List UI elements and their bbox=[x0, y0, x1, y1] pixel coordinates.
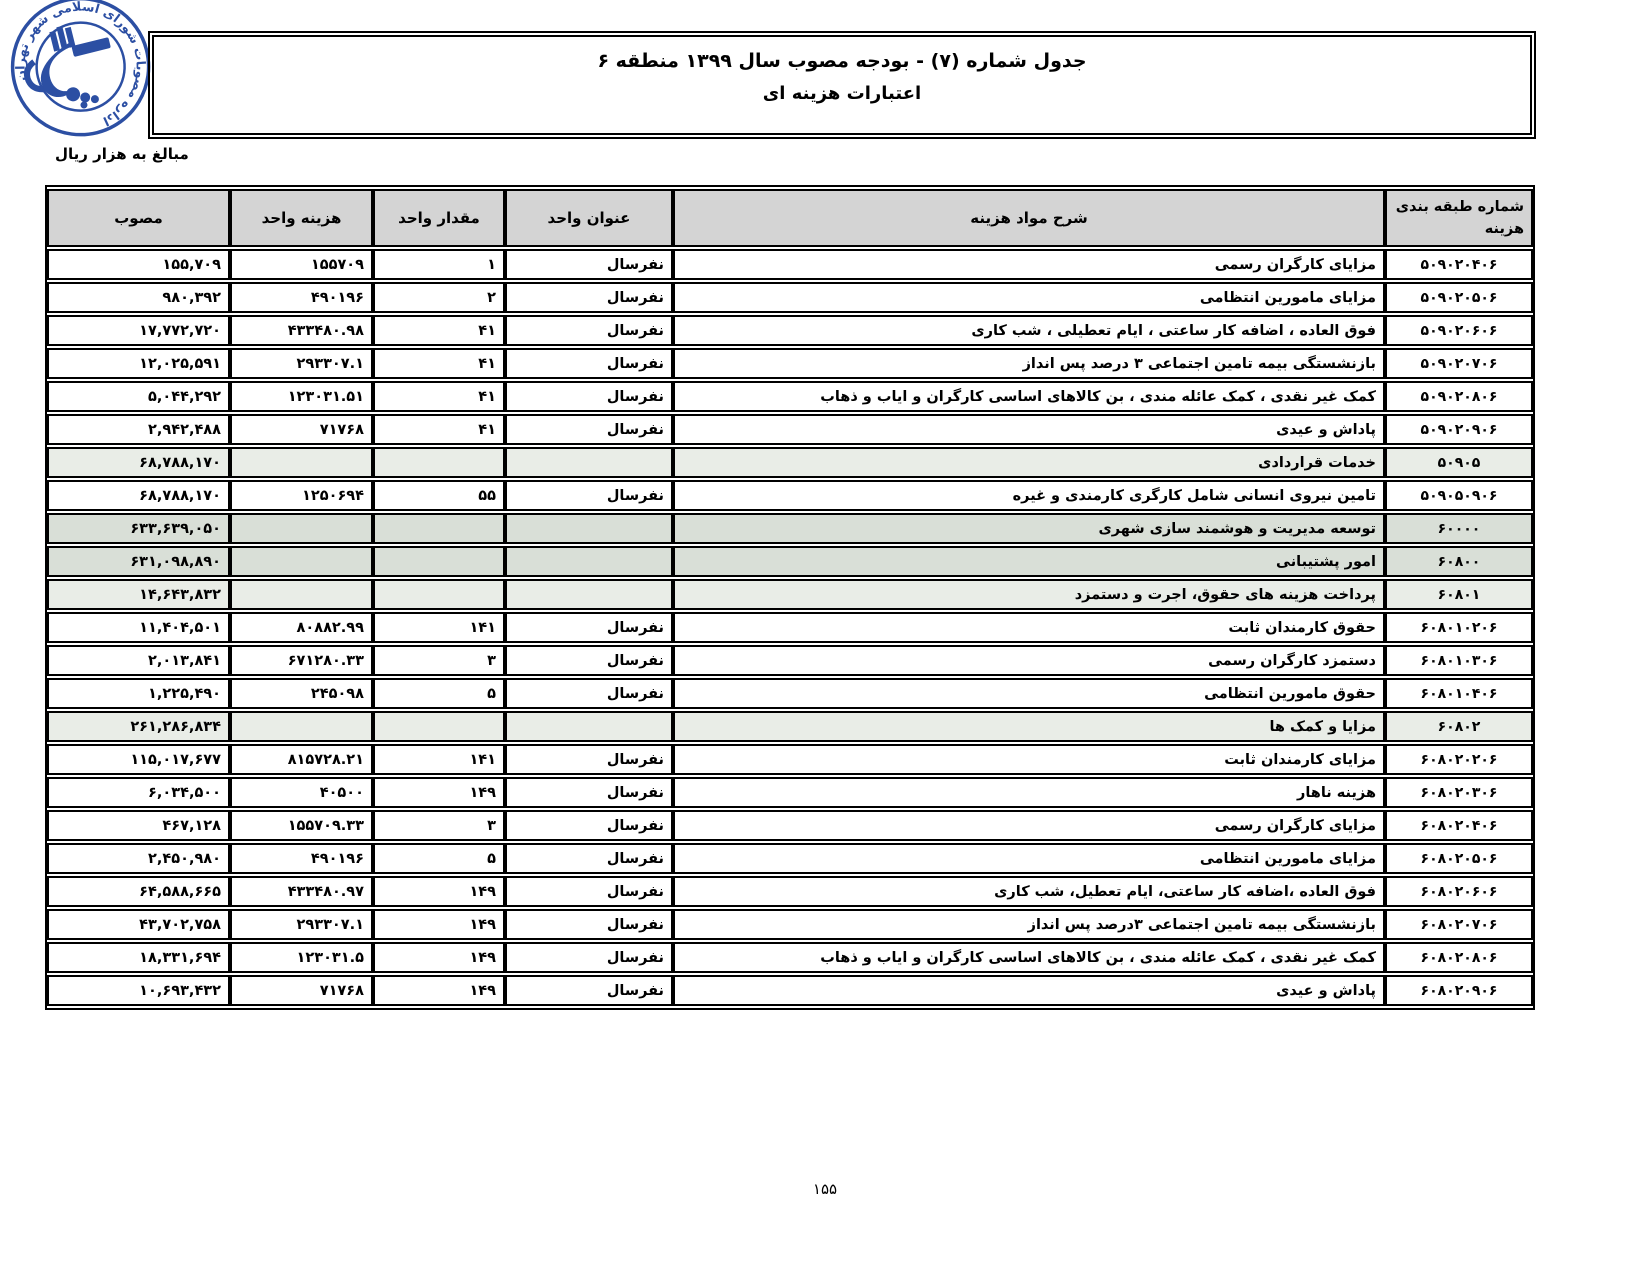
code-cell: ۶۰۸۰۲۰۳۰۶ bbox=[1385, 777, 1533, 808]
unit-title-cell: نفرسال bbox=[505, 480, 673, 511]
unit-title-cell: نفرسال bbox=[505, 348, 673, 379]
unit-title-cell: نفرسال bbox=[505, 249, 673, 280]
unit-title-cell: نفرسال bbox=[505, 678, 673, 709]
unit-cost-cell: ۲۹۳۳۰۷.۱ bbox=[230, 348, 373, 379]
unit-cost-cell: ۴۳۳۴۸۰.۹۸ bbox=[230, 315, 373, 346]
col-header-code-line2: هزینه bbox=[1394, 218, 1524, 240]
description-cell: مزایای کارگران رسمی bbox=[673, 249, 1385, 280]
approved-cell: ۶۸,۷۸۸,۱۷۰ bbox=[47, 447, 230, 478]
unit-cost-cell: ۸۱۵۷۲۸.۲۱ bbox=[230, 744, 373, 775]
code-cell: ۶۰۸۰۱۰۴۰۶ bbox=[1385, 678, 1533, 709]
description-cell: توسعه مدیریت و هوشمند سازی شهری bbox=[673, 513, 1385, 544]
approved-cell: ۵,۰۴۴,۲۹۲ bbox=[47, 381, 230, 412]
description-cell: حقوق مامورین انتظامی bbox=[673, 678, 1385, 709]
code-cell: ۶۰۸۰۲۰۶۰۶ bbox=[1385, 876, 1533, 907]
description-cell: فوق العاده ، اضافه کار ساعتی ، ایام تعطی… bbox=[673, 315, 1385, 346]
code-cell: ۶۰۸۰۱۰۲۰۶ bbox=[1385, 612, 1533, 643]
unit-title-cell: نفرسال bbox=[505, 810, 673, 841]
approved-cell: ۲,۴۵۰,۹۸۰ bbox=[47, 843, 230, 874]
description-cell: بازنشستگی بیمه تامین اجتماعی ۳درصد پس ان… bbox=[673, 909, 1385, 940]
approved-cell: ۱۱۵,۰۱۷,۶۷۷ bbox=[47, 744, 230, 775]
unit-qty-cell: ۴۱ bbox=[373, 381, 505, 412]
description-cell: خدمات قراردادی bbox=[673, 447, 1385, 478]
table-row: ۶۰۰۰۰ توسعه مدیریت و هوشمند سازی شهری ۶۳… bbox=[47, 513, 1533, 544]
table-row: ۶۰۸۰۲۰۸۰۶ کمک غیر نقدی ، کمک عائله مندی … bbox=[47, 942, 1533, 973]
code-cell: ۶۰۸۰۲۰۹۰۶ bbox=[1385, 975, 1533, 1006]
table-row: ۶۰۸۰۲۰۶۰۶ فوق العاده ،اضافه کار ساعتی، ا… bbox=[47, 876, 1533, 907]
unit-cost-cell bbox=[230, 447, 373, 478]
unit-qty-cell: ۴۱ bbox=[373, 348, 505, 379]
amounts-unit-note: مبالغ به هزار ریال bbox=[55, 145, 189, 163]
unit-cost-cell: ۴۳۳۴۸۰.۹۷ bbox=[230, 876, 373, 907]
unit-cost-cell: ۱۲۳۰۳۱.۵ bbox=[230, 942, 373, 973]
col-header-unit-title: عنوان واحد bbox=[505, 189, 673, 247]
unit-qty-cell: ۵ bbox=[373, 678, 505, 709]
unit-cost-cell: ۴۹۰۱۹۶ bbox=[230, 843, 373, 874]
table-row: ۵۰۹۰۵۰۹۰۶ تامین نیروی انسانی شامل کارگری… bbox=[47, 480, 1533, 511]
approved-cell: ۱,۲۲۵,۴۹۰ bbox=[47, 678, 230, 709]
unit-qty-cell: ۴۱ bbox=[373, 315, 505, 346]
approved-cell: ۲,۹۴۲,۴۸۸ bbox=[47, 414, 230, 445]
unit-cost-cell: ۱۲۵۰۶۹۴ bbox=[230, 480, 373, 511]
approved-cell: ۶۴,۵۸۸,۶۶۵ bbox=[47, 876, 230, 907]
table-row: ۶۰۸۰۲۰۹۰۶ پاداش و عیدی نفرسال ۱۴۹ ۷۱۷۶۸ … bbox=[47, 975, 1533, 1006]
description-cell: مزایای مامورین انتظامی bbox=[673, 282, 1385, 313]
unit-title-cell bbox=[505, 579, 673, 610]
table-row: ۶۰۸۰۲۰۳۰۶ هزینه ناهار نفرسال ۱۴۹ ۴۰۵۰۰ ۶… bbox=[47, 777, 1533, 808]
unit-title-cell: نفرسال bbox=[505, 414, 673, 445]
budget-table-header: شماره طبقه بندی هزینه شرح مواد هزینه عنو… bbox=[47, 189, 1533, 247]
unit-cost-cell: ۲۴۵۰۹۸ bbox=[230, 678, 373, 709]
unit-cost-cell: ۲۹۳۳۰۷.۱ bbox=[230, 909, 373, 940]
col-header-description: شرح مواد هزینه bbox=[673, 189, 1385, 247]
budget-table-body: ۵۰۹۰۲۰۴۰۶ مزایای کارگران رسمی نفرسال ۱ ۱… bbox=[47, 249, 1533, 1006]
table-row: ۵۰۹۰۲۰۹۰۶ پاداش و عیدی نفرسال ۴۱ ۷۱۷۶۸ ۲… bbox=[47, 414, 1533, 445]
approved-cell: ۱۰,۶۹۳,۴۳۲ bbox=[47, 975, 230, 1006]
table-row: ۵۰۹۰۲۰۶۰۶ فوق العاده ، اضافه کار ساعتی ،… bbox=[47, 315, 1533, 346]
col-header-unit-qty: مقدار واحد bbox=[373, 189, 505, 247]
unit-qty-cell: ۵ bbox=[373, 843, 505, 874]
approved-cell: ۲,۰۱۳,۸۴۱ bbox=[47, 645, 230, 676]
unit-cost-cell: ۱۲۳۰۳۱.۵۱ bbox=[230, 381, 373, 412]
unit-qty-cell: ۴۱ bbox=[373, 414, 505, 445]
approved-cell: ۱۷,۷۷۲,۷۲۰ bbox=[47, 315, 230, 346]
description-cell: مزایای کارگران رسمی bbox=[673, 810, 1385, 841]
unit-qty-cell: ۱۴۹ bbox=[373, 942, 505, 973]
header-row: شماره طبقه بندی هزینه شرح مواد هزینه عنو… bbox=[47, 189, 1533, 247]
table-row: ۶۰۸۰۱ پرداخت هزینه های حقوق، اجرت و دستم… bbox=[47, 579, 1533, 610]
code-cell: ۵۰۹۰۲۰۵۰۶ bbox=[1385, 282, 1533, 313]
page-subtitle: اعتبارات هزینه ای bbox=[154, 83, 1530, 104]
title-box: جدول شماره (۷) - بودجه مصوب سال ۱۳۹۹ منط… bbox=[148, 31, 1536, 139]
unit-title-cell: نفرسال bbox=[505, 645, 673, 676]
description-cell: کمک غیر نقدی ، کمک عائله مندی ، بن کالاه… bbox=[673, 381, 1385, 412]
table-row: ۶۰۸۰۰ امور پشتیبانی ۶۳۱,۰۹۸,۸۹۰ bbox=[47, 546, 1533, 577]
code-cell: ۶۰۸۰۲ bbox=[1385, 711, 1533, 742]
description-cell: پاداش و عیدی bbox=[673, 975, 1385, 1006]
code-cell: ۵۰۹۰۵۰۹۰۶ bbox=[1385, 480, 1533, 511]
code-cell: ۶۰۸۰۲۰۲۰۶ bbox=[1385, 744, 1533, 775]
description-cell: تامین نیروی انسانی شامل کارگری کارمندی و… bbox=[673, 480, 1385, 511]
description-cell: فوق العاده ،اضافه کار ساعتی، ایام تعطیل،… bbox=[673, 876, 1385, 907]
unit-qty-cell: ۱۴۹ bbox=[373, 777, 505, 808]
table-row: ۵۰۹۰۵ خدمات قراردادی ۶۸,۷۸۸,۱۷۰ bbox=[47, 447, 1533, 478]
table-row: ۶۰۸۰۱۰۳۰۶ دستمزد کارگران رسمی نفرسال ۳ ۶… bbox=[47, 645, 1533, 676]
unit-cost-cell: ۴۰۵۰۰ bbox=[230, 777, 373, 808]
code-cell: ۶۰۸۰۲۰۸۰۶ bbox=[1385, 942, 1533, 973]
description-cell: کمک غیر نقدی ، کمک عائله مندی ، بن کالاه… bbox=[673, 942, 1385, 973]
code-cell: ۵۰۹۰۲۰۶۰۶ bbox=[1385, 315, 1533, 346]
unit-cost-cell bbox=[230, 513, 373, 544]
description-cell: هزینه ناهار bbox=[673, 777, 1385, 808]
unit-cost-cell bbox=[230, 546, 373, 577]
unit-title-cell bbox=[505, 546, 673, 577]
description-cell: مزایای کارمندان ثابت bbox=[673, 744, 1385, 775]
unit-cost-cell: ۱۵۵۷۰۹ bbox=[230, 249, 373, 280]
approved-cell: ۴۳,۷۰۲,۷۵۸ bbox=[47, 909, 230, 940]
document-page: اداره مصوبات شورای اسلامی شهر تهران جدول… bbox=[0, 0, 1650, 1275]
code-cell: ۶۰۸۰۲۰۷۰۶ bbox=[1385, 909, 1533, 940]
approved-cell: ۶۳۱,۰۹۸,۸۹۰ bbox=[47, 546, 230, 577]
unit-cost-cell bbox=[230, 579, 373, 610]
approved-cell: ۶۸,۷۸۸,۱۷۰ bbox=[47, 480, 230, 511]
unit-qty-cell: ۱ bbox=[373, 249, 505, 280]
unit-cost-cell: ۱۵۵۷۰۹.۳۳ bbox=[230, 810, 373, 841]
code-cell: ۶۰۸۰۱ bbox=[1385, 579, 1533, 610]
code-cell: ۶۰۸۰۲۰۴۰۶ bbox=[1385, 810, 1533, 841]
approved-cell: ۶۳۳,۶۳۹,۰۵۰ bbox=[47, 513, 230, 544]
budget-table: شماره طبقه بندی هزینه شرح مواد هزینه عنو… bbox=[45, 185, 1535, 1010]
unit-qty-cell: ۱۴۹ bbox=[373, 876, 505, 907]
unit-title-cell: نفرسال bbox=[505, 381, 673, 412]
unit-qty-cell bbox=[373, 711, 505, 742]
unit-qty-cell: ۲ bbox=[373, 282, 505, 313]
code-cell: ۶۰۸۰۰ bbox=[1385, 546, 1533, 577]
approved-cell: ۶,۰۳۴,۵۰۰ bbox=[47, 777, 230, 808]
unit-title-cell: نفرسال bbox=[505, 909, 673, 940]
description-cell: پاداش و عیدی bbox=[673, 414, 1385, 445]
approved-cell: ۱۲,۰۲۵,۵۹۱ bbox=[47, 348, 230, 379]
table-row: ۵۰۹۰۲۰۸۰۶ کمک غیر نقدی ، کمک عائله مندی … bbox=[47, 381, 1533, 412]
unit-cost-cell: ۶۷۱۲۸۰.۳۳ bbox=[230, 645, 373, 676]
description-cell: مزایای مامورین انتظامی bbox=[673, 843, 1385, 874]
description-cell: پرداخت هزینه های حقوق، اجرت و دستمزد bbox=[673, 579, 1385, 610]
col-header-unit-cost: هزینه واحد bbox=[230, 189, 373, 247]
col-header-code-line1: شماره طبقه بندی bbox=[1394, 196, 1524, 218]
unit-qty-cell: ۱۴۹ bbox=[373, 975, 505, 1006]
unit-title-cell: نفرسال bbox=[505, 975, 673, 1006]
unit-title-cell bbox=[505, 711, 673, 742]
unit-title-cell: نفرسال bbox=[505, 843, 673, 874]
approved-cell: ۱۱,۴۰۴,۵۰۱ bbox=[47, 612, 230, 643]
code-cell: ۵۰۹۰۵ bbox=[1385, 447, 1533, 478]
unit-qty-cell: ۱۴۱ bbox=[373, 744, 505, 775]
unit-cost-cell: ۴۹۰۱۹۶ bbox=[230, 282, 373, 313]
unit-title-cell: نفرسال bbox=[505, 612, 673, 643]
stamp-inner-ring bbox=[27, 13, 134, 120]
table-row: ۶۰۸۰۲۰۵۰۶ مزایای مامورین انتظامی نفرسال … bbox=[47, 843, 1533, 874]
table-row: ۶۰۸۰۲۰۲۰۶ مزایای کارمندان ثابت نفرسال ۱۴… bbox=[47, 744, 1533, 775]
unit-cost-cell bbox=[230, 711, 373, 742]
unit-title-cell: نفرسال bbox=[505, 876, 673, 907]
approved-cell: ۲۶۱,۲۸۶,۸۳۴ bbox=[47, 711, 230, 742]
unit-cost-cell: ۸۰۸۸۲.۹۹ bbox=[230, 612, 373, 643]
approved-cell: ۴۶۷,۱۲۸ bbox=[47, 810, 230, 841]
unit-qty-cell: ۳ bbox=[373, 645, 505, 676]
unit-qty-cell bbox=[373, 579, 505, 610]
unit-cost-cell: ۷۱۷۶۸ bbox=[230, 975, 373, 1006]
unit-qty-cell: ۳ bbox=[373, 810, 505, 841]
unit-title-cell: نفرسال bbox=[505, 777, 673, 808]
description-cell: بازنشستگی بیمه تامین اجتماعی ۳ درصد پس ا… bbox=[673, 348, 1385, 379]
table-row: ۶۰۸۰۱۰۲۰۶ حقوق کارمندان ثابت نفرسال ۱۴۱ … bbox=[47, 612, 1533, 643]
unit-qty-cell: ۵۵ bbox=[373, 480, 505, 511]
description-cell: امور پشتیبانی bbox=[673, 546, 1385, 577]
unit-qty-cell: ۱۴۱ bbox=[373, 612, 505, 643]
code-cell: ۶۰۰۰۰ bbox=[1385, 513, 1533, 544]
approved-cell: ۹۸۰,۳۹۲ bbox=[47, 282, 230, 313]
unit-title-cell: نفرسال bbox=[505, 282, 673, 313]
code-cell: ۶۰۸۰۱۰۳۰۶ bbox=[1385, 645, 1533, 676]
col-header-approved: مصوب bbox=[47, 189, 230, 247]
page-title: جدول شماره (۷) - بودجه مصوب سال ۱۳۹۹ منط… bbox=[154, 50, 1530, 72]
table-row: ۶۰۸۰۱۰۴۰۶ حقوق مامورین انتظامی نفرسال ۵ … bbox=[47, 678, 1533, 709]
unit-title-cell: نفرسال bbox=[505, 315, 673, 346]
unit-title-cell: نفرسال bbox=[505, 744, 673, 775]
approved-cell: ۱۴,۶۴۳,۸۳۲ bbox=[47, 579, 230, 610]
table-row: ۵۰۹۰۲۰۵۰۶ مزایای مامورین انتظامی نفرسال … bbox=[47, 282, 1533, 313]
unit-title-cell bbox=[505, 447, 673, 478]
unit-qty-cell bbox=[373, 447, 505, 478]
code-cell: ۵۰۹۰۲۰۷۰۶ bbox=[1385, 348, 1533, 379]
unit-qty-cell: ۱۴۹ bbox=[373, 909, 505, 940]
table-row: ۵۰۹۰۲۰۷۰۶ بازنشستگی بیمه تامین اجتماعی ۳… bbox=[47, 348, 1533, 379]
description-cell: دستمزد کارگران رسمی bbox=[673, 645, 1385, 676]
table-row: ۶۰۸۰۲ مزایا و کمک ها ۲۶۱,۲۸۶,۸۳۴ bbox=[47, 711, 1533, 742]
code-cell: ۵۰۹۰۲۰۹۰۶ bbox=[1385, 414, 1533, 445]
unit-title-cell bbox=[505, 513, 673, 544]
code-cell: ۵۰۹۰۲۰۸۰۶ bbox=[1385, 381, 1533, 412]
table-row: ۶۰۸۰۲۰۴۰۶ مزایای کارگران رسمی نفرسال ۳ ۱… bbox=[47, 810, 1533, 841]
unit-cost-cell: ۷۱۷۶۸ bbox=[230, 414, 373, 445]
table-row: ۶۰۸۰۲۰۷۰۶ بازنشستگی بیمه تامین اجتماعی ۳… bbox=[47, 909, 1533, 940]
code-cell: ۵۰۹۰۲۰۴۰۶ bbox=[1385, 249, 1533, 280]
approved-cell: ۱۵۵,۷۰۹ bbox=[47, 249, 230, 280]
table-row: ۵۰۹۰۲۰۴۰۶ مزایای کارگران رسمی نفرسال ۱ ۱… bbox=[47, 249, 1533, 280]
col-header-code: شماره طبقه بندی هزینه bbox=[1385, 189, 1533, 247]
description-cell: مزایا و کمک ها bbox=[673, 711, 1385, 742]
unit-qty-cell bbox=[373, 546, 505, 577]
approved-cell: ۱۸,۳۳۱,۶۹۴ bbox=[47, 942, 230, 973]
unit-qty-cell bbox=[373, 513, 505, 544]
unit-title-cell: نفرسال bbox=[505, 942, 673, 973]
description-cell: حقوق کارمندان ثابت bbox=[673, 612, 1385, 643]
code-cell: ۶۰۸۰۲۰۵۰۶ bbox=[1385, 843, 1533, 874]
page-number: ۱۵۵ bbox=[0, 1180, 1650, 1198]
